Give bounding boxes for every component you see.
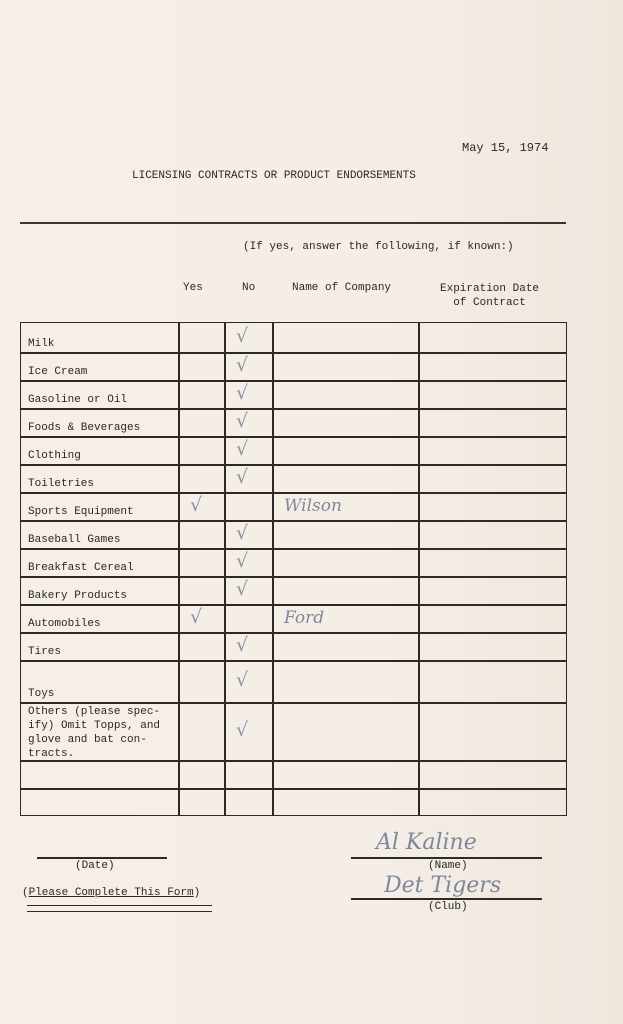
company-cell[interactable]: Ford <box>272 605 418 633</box>
yes-checkbox-cell[interactable] <box>178 633 224 661</box>
table-row: Milk√ <box>21 323 566 353</box>
table-row: Bakery Products√ <box>21 577 566 605</box>
table-row: Sports Equipment√Wilson <box>21 493 566 521</box>
check-mark-icon: √ <box>236 719 248 741</box>
check-mark-icon: √ <box>236 578 248 600</box>
expiration-cell[interactable] <box>418 465 568 493</box>
table-row: Others (please spec- ify) Omit Topps, an… <box>21 703 566 761</box>
no-checkbox-cell[interactable] <box>224 789 272 817</box>
yes-checkbox-cell[interactable] <box>178 323 224 353</box>
form-page: May 15, 1974 LICENSING CONTRACTS OR PROD… <box>0 0 623 1024</box>
no-checkbox-cell[interactable]: √ <box>224 465 272 493</box>
yes-checkbox-cell[interactable] <box>178 549 224 577</box>
no-checkbox-cell[interactable]: √ <box>224 409 272 437</box>
company-cell[interactable] <box>272 465 418 493</box>
no-checkbox-cell[interactable] <box>224 761 272 789</box>
no-checkbox-cell[interactable]: √ <box>224 661 272 703</box>
instruction-text: (If yes, answer the following, if known:… <box>243 241 514 253</box>
table-row: Baseball Games√ <box>21 521 566 549</box>
row-label: Toiletries <box>28 477 94 491</box>
column-header-yes: Yes <box>183 282 203 294</box>
name-signature: Al Kaline <box>376 830 477 855</box>
no-checkbox-cell[interactable]: √ <box>224 381 272 409</box>
row-label: Clothing <box>28 449 81 463</box>
no-checkbox-cell[interactable] <box>224 605 272 633</box>
table-row: Toys√ <box>21 661 566 703</box>
no-checkbox-cell[interactable]: √ <box>224 521 272 549</box>
please-open-paren: ( <box>22 887 29 899</box>
expiration-cell[interactable] <box>418 577 568 605</box>
no-checkbox-cell[interactable]: √ <box>224 703 272 761</box>
no-checkbox-cell[interactable]: √ <box>224 323 272 353</box>
club-signature: Det Tigers <box>384 873 501 898</box>
company-cell[interactable] <box>272 409 418 437</box>
company-cell[interactable] <box>272 703 418 761</box>
row-label: Ice Cream <box>28 365 87 379</box>
endorsement-table: Milk√Ice Cream√Gasoline or Oil√Foods & B… <box>20 322 567 816</box>
row-label: Others (please spec- ify) Omit Topps, an… <box>28 705 160 761</box>
name-field-line[interactable] <box>351 857 542 859</box>
expiration-cell[interactable] <box>418 761 568 789</box>
row-label: Tires <box>28 645 61 659</box>
no-checkbox-cell[interactable]: √ <box>224 437 272 465</box>
no-checkbox-cell[interactable]: √ <box>224 577 272 605</box>
form-date: May 15, 1974 <box>462 141 548 155</box>
expiration-cell[interactable] <box>418 661 568 703</box>
yes-checkbox-cell[interactable] <box>178 409 224 437</box>
column-header-no: No <box>242 282 255 294</box>
expiration-cell[interactable] <box>418 409 568 437</box>
check-mark-icon: √ <box>190 494 202 516</box>
expiration-cell[interactable] <box>418 605 568 633</box>
check-mark-icon: √ <box>236 669 248 691</box>
table-row: Clothing√ <box>21 437 566 465</box>
form-title: LICENSING CONTRACTS OR PRODUCT ENDORSEME… <box>132 170 416 182</box>
company-cell[interactable] <box>272 577 418 605</box>
row-label: Breakfast Cereal <box>28 561 134 575</box>
title-divider <box>20 222 566 224</box>
table-row: Foods & Beverages√ <box>21 409 566 437</box>
yes-checkbox-cell[interactable] <box>178 437 224 465</box>
row-label: Sports Equipment <box>28 505 134 519</box>
no-checkbox-cell[interactable] <box>224 493 272 521</box>
company-cell[interactable] <box>272 549 418 577</box>
yes-checkbox-cell[interactable] <box>178 661 224 703</box>
check-mark-icon: √ <box>190 606 202 628</box>
expiration-cell[interactable] <box>418 323 568 353</box>
company-cell[interactable] <box>272 437 418 465</box>
check-mark-icon: √ <box>236 522 248 544</box>
no-checkbox-cell[interactable]: √ <box>224 353 272 381</box>
date-field-line[interactable] <box>37 857 167 859</box>
company-cell[interactable] <box>272 521 418 549</box>
expiration-cell[interactable] <box>418 789 568 817</box>
please-complete-note: (Please Complete This Form) <box>22 887 200 899</box>
expiration-cell[interactable] <box>418 633 568 661</box>
no-checkbox-cell[interactable]: √ <box>224 549 272 577</box>
yes-checkbox-cell[interactable] <box>178 703 224 761</box>
club-field-line[interactable] <box>351 898 542 900</box>
company-cell[interactable] <box>272 323 418 353</box>
company-cell[interactable]: Wilson <box>272 493 418 521</box>
expiration-cell[interactable] <box>418 549 568 577</box>
row-label: Milk <box>28 337 54 351</box>
check-mark-icon: √ <box>236 466 248 488</box>
club-label: (Club) <box>428 901 468 913</box>
please-close-paren: ) <box>194 887 201 899</box>
column-header-company: Name of Company <box>292 282 391 294</box>
expiration-cell[interactable] <box>418 703 568 761</box>
date-label: (Date) <box>75 860 115 872</box>
table-row: Gasoline or Oil√ <box>21 381 566 409</box>
check-mark-icon: √ <box>236 382 248 404</box>
table-row <box>21 789 566 817</box>
yes-checkbox-cell[interactable]: √ <box>178 493 224 521</box>
row-label: Baseball Games <box>28 533 120 547</box>
table-row: Toiletries√ <box>21 465 566 493</box>
row-label: Toys <box>28 687 54 701</box>
table-row <box>21 761 566 789</box>
company-handwriting: Ford <box>284 608 324 628</box>
company-cell[interactable] <box>272 381 418 409</box>
yes-checkbox-cell[interactable] <box>178 521 224 549</box>
company-cell[interactable] <box>272 789 418 817</box>
underline-2 <box>27 911 212 912</box>
column-header-expiration-line2: of Contract <box>440 296 539 310</box>
yes-checkbox-cell[interactable]: √ <box>178 605 224 633</box>
yes-checkbox-cell[interactable] <box>178 465 224 493</box>
no-checkbox-cell[interactable]: √ <box>224 633 272 661</box>
expiration-cell[interactable] <box>418 437 568 465</box>
column-header-expiration: Expiration Date of Contract <box>440 282 539 310</box>
expiration-cell[interactable] <box>418 521 568 549</box>
please-complete-text: Please Complete This Form <box>29 887 194 899</box>
expiration-cell[interactable] <box>418 353 568 381</box>
column-header-expiration-line1: Expiration Date <box>440 282 539 296</box>
row-label: Foods & Beverages <box>28 421 140 435</box>
company-cell[interactable] <box>272 661 418 703</box>
yes-checkbox-cell[interactable] <box>178 381 224 409</box>
expiration-cell[interactable] <box>418 493 568 521</box>
yes-checkbox-cell[interactable] <box>178 761 224 789</box>
row-label: Gasoline or Oil <box>28 393 127 407</box>
table-row: Ice Cream√ <box>21 353 566 381</box>
table-row: Tires√ <box>21 633 566 661</box>
check-mark-icon: √ <box>236 634 248 656</box>
company-cell[interactable] <box>272 633 418 661</box>
table-row: Breakfast Cereal√ <box>21 549 566 577</box>
yes-checkbox-cell[interactable] <box>178 353 224 381</box>
name-label: (Name) <box>428 860 468 872</box>
row-label: Automobiles <box>28 617 101 631</box>
yes-checkbox-cell[interactable] <box>178 577 224 605</box>
company-handwriting: Wilson <box>284 496 342 516</box>
expiration-cell[interactable] <box>418 381 568 409</box>
underline-1 <box>27 905 212 906</box>
check-mark-icon: √ <box>236 410 248 432</box>
yes-checkbox-cell[interactable] <box>178 789 224 817</box>
check-mark-icon: √ <box>236 354 248 376</box>
company-cell[interactable] <box>272 353 418 381</box>
row-label: Bakery Products <box>28 589 127 603</box>
company-cell[interactable] <box>272 761 418 789</box>
check-mark-icon: √ <box>236 325 248 347</box>
table-row: Automobiles√Ford <box>21 605 566 633</box>
check-mark-icon: √ <box>236 550 248 572</box>
check-mark-icon: √ <box>236 438 248 460</box>
